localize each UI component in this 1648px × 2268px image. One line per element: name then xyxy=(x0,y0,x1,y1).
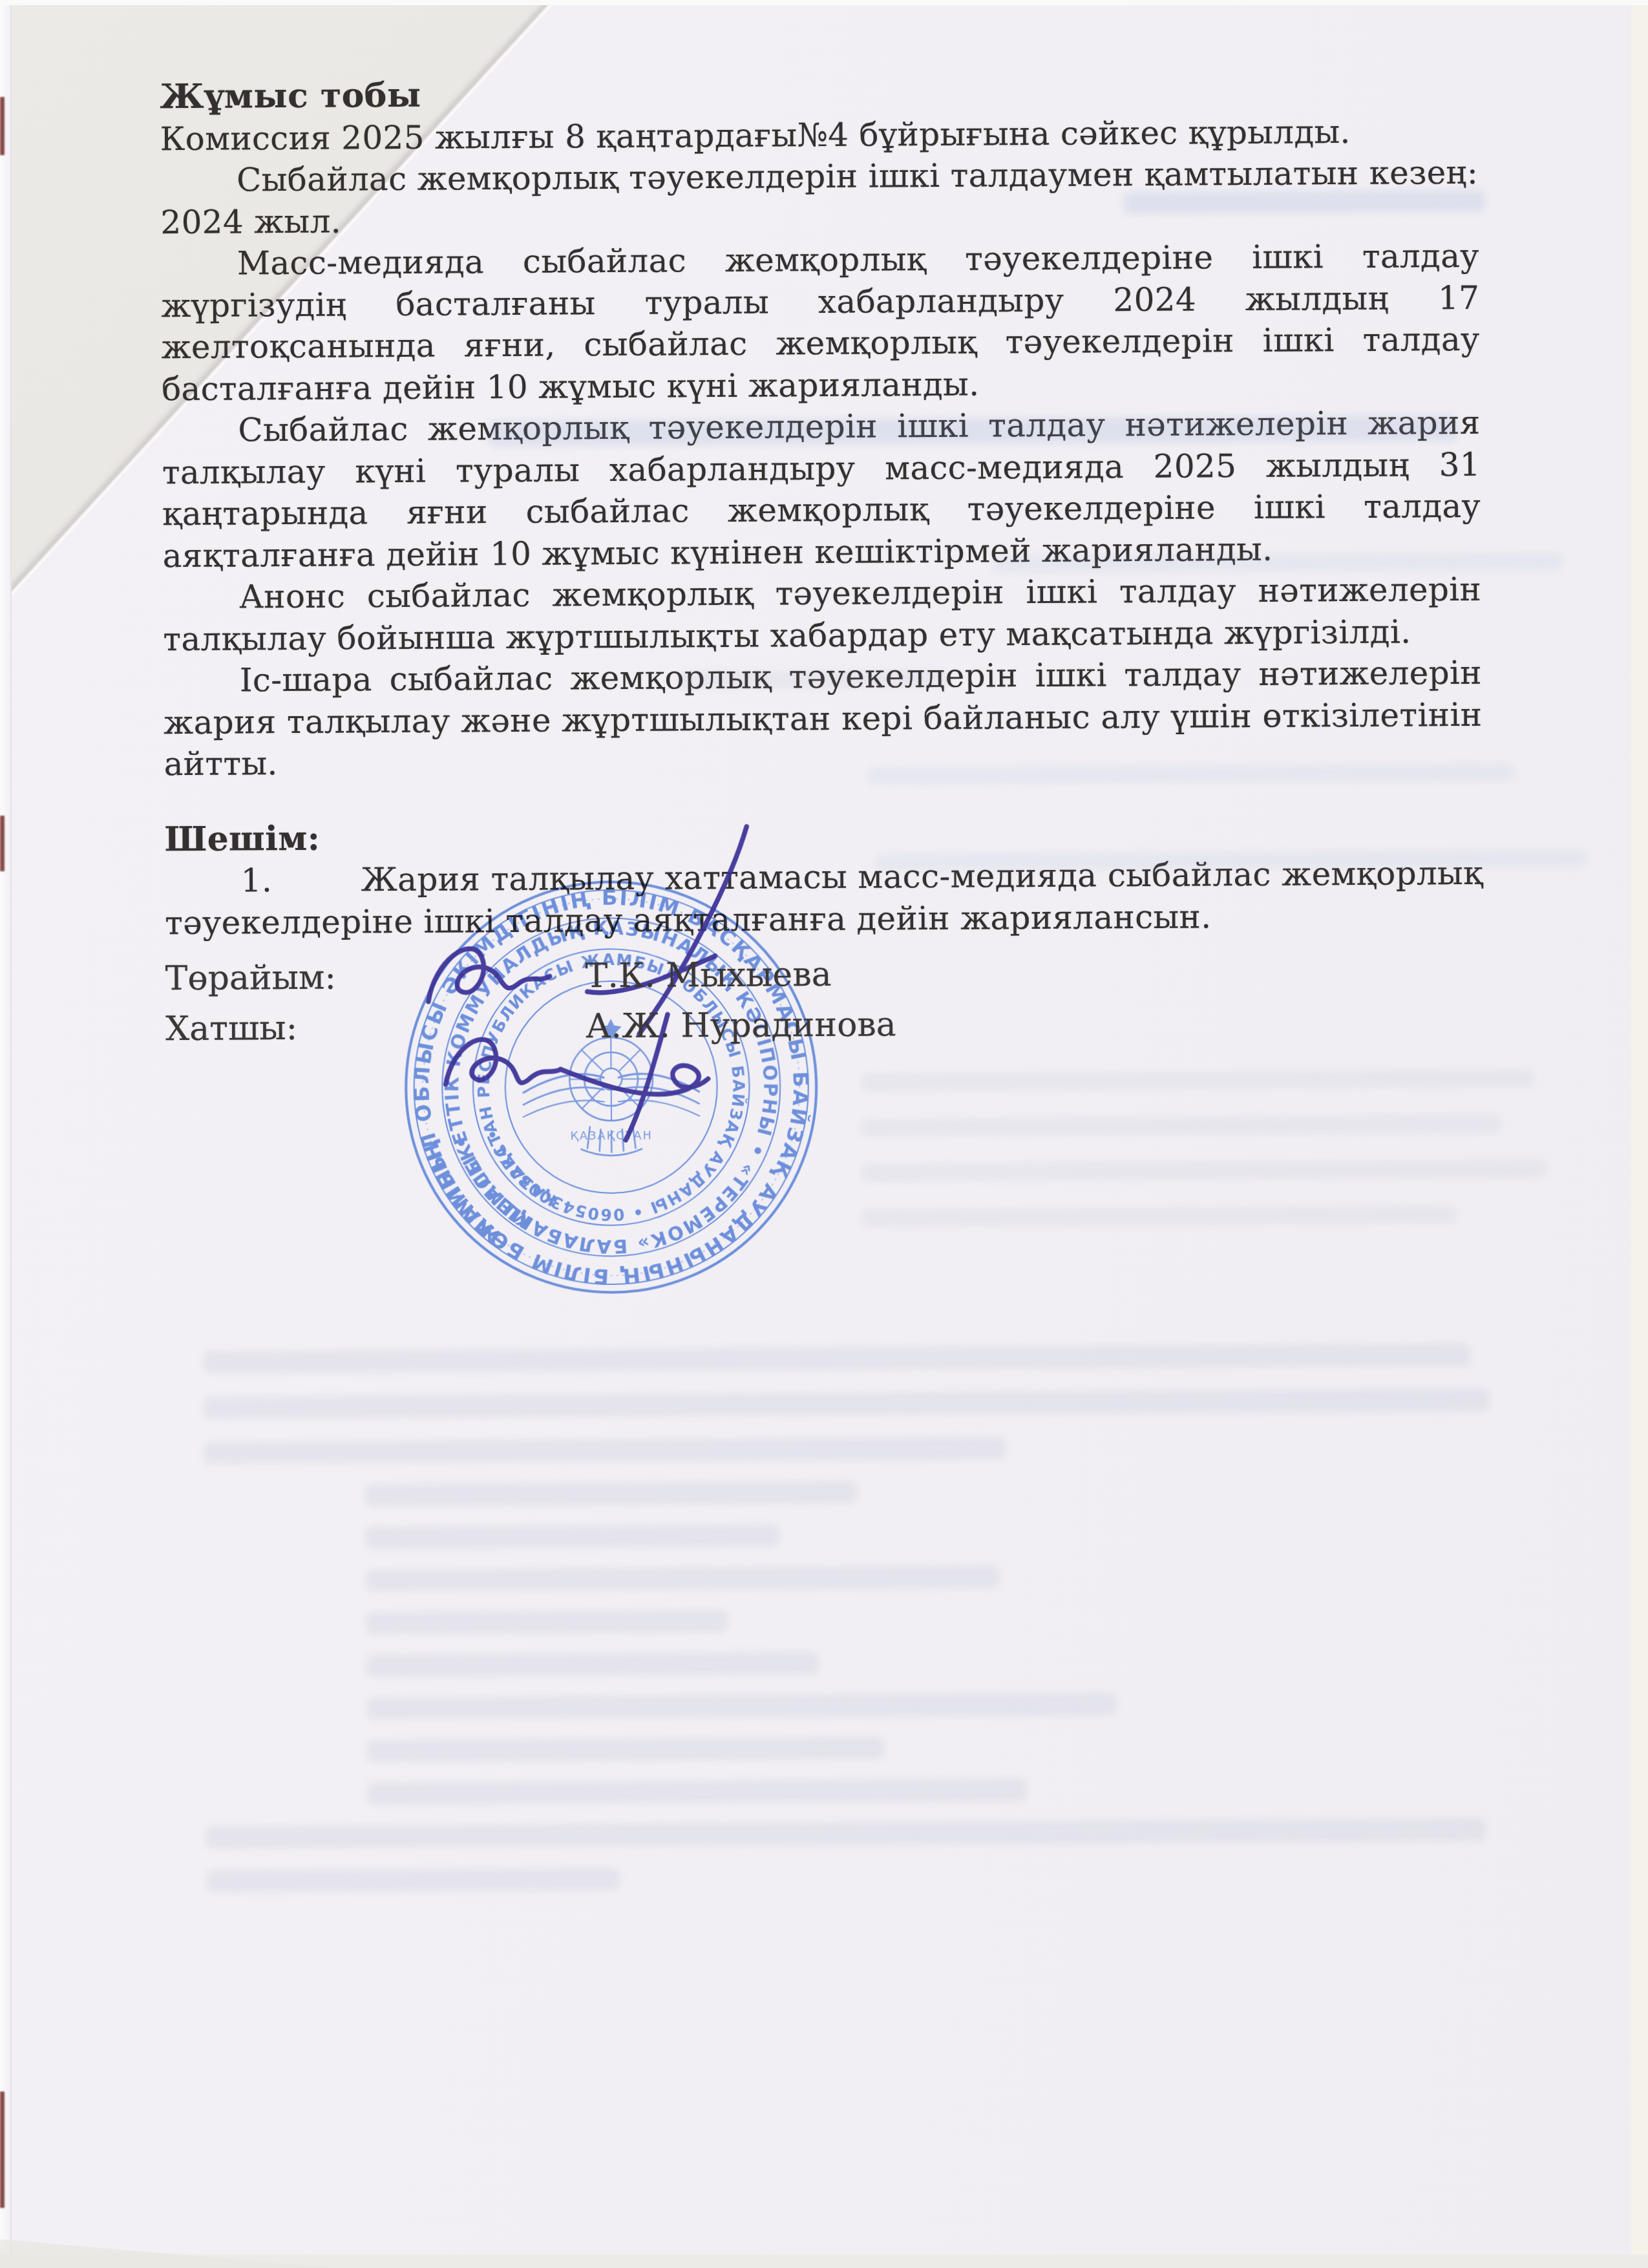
bleedthrough-line xyxy=(861,1206,1456,1227)
bleedthrough-line xyxy=(204,1389,1490,1419)
signatory-row: Хатшы: А.Ж. Нурадинова xyxy=(165,1003,1199,1048)
paragraph-media-start: Масс-медияда сыбайлас жемқорлық тәуекелд… xyxy=(161,235,1481,410)
decision-number: 1. xyxy=(241,859,361,902)
signatory-role: Төрайым: xyxy=(165,959,336,999)
signatory-role: Хатшы: xyxy=(165,1009,297,1048)
bleedthrough-line xyxy=(206,1868,620,1892)
bleedthrough-line xyxy=(204,1437,1005,1464)
bleedthrough-line xyxy=(1123,190,1485,214)
bleedthrough-line xyxy=(206,1819,1486,1849)
bleedthrough-line xyxy=(677,670,949,689)
bleedthrough-line xyxy=(861,1116,1501,1136)
bleedthrough-line xyxy=(366,1610,728,1634)
bleedthrough-line xyxy=(203,1344,1470,1373)
scanned-page: Жұмыс тобы Комиссия 2025 жылғы 8 қаңтард… xyxy=(0,0,1648,2268)
paragraph-anons: Анонс сыбайлас жемқорлық тәуекелдерін іш… xyxy=(163,569,1482,660)
bleedthrough-line xyxy=(366,1524,779,1549)
edge-artifact xyxy=(0,2092,5,2208)
bleedthrough-line xyxy=(367,1779,1026,1805)
bleedthrough-line xyxy=(861,1160,1546,1181)
bleedthrough-line xyxy=(365,1481,856,1507)
document-content: Жұмыс тобы Комиссия 2025 жылғы 8 қаңтард… xyxy=(0,0,1648,2268)
bleedthrough-line xyxy=(861,1070,1533,1090)
bleedthrough-line xyxy=(993,553,1562,573)
bleedthrough-line xyxy=(366,1693,1116,1719)
signatory-row: Төрайым: Т.К. Мыхыева xyxy=(165,953,1199,998)
signatory-name: Т.К. Мыхыева xyxy=(585,955,831,995)
bleedthrough-line xyxy=(366,1652,819,1677)
signature-chairwoman xyxy=(427,827,748,1035)
bleedthrough-line xyxy=(367,1737,884,1762)
signatory-name: А.Ж. Нурадинова xyxy=(586,1005,896,1046)
bleedthrough-line xyxy=(366,1565,999,1591)
